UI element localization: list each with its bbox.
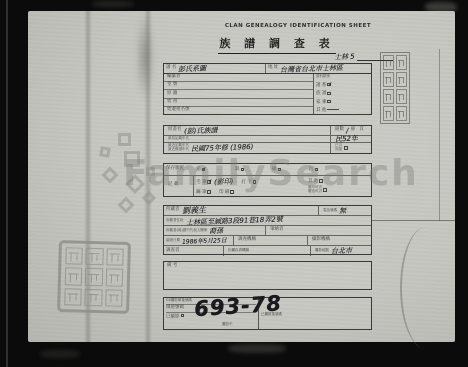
- first-record-label: 最初記載年代: [168, 137, 189, 141]
- form-box-title: 譜 名 彭氏系圖 地 址 台灣省台北市士林區 編纂者 堂 號 原 籍 始 祖 始…: [163, 63, 372, 115]
- script-option: 鋼 筆: [196, 189, 206, 195]
- english-title: CLAN GENEALOGY IDENTIFICATION SHEET: [178, 23, 418, 29]
- filming-place-label: 攝影地點: [315, 249, 329, 253]
- last-record-value: 民國75年修 (1986): [191, 142, 254, 154]
- checkbox: [315, 168, 319, 172]
- migrant-ancestor-label: 始遷祖名號: [167, 108, 190, 113]
- script-label: 記 載: [168, 183, 178, 188]
- checkbox: [323, 188, 327, 192]
- category-option-label: 譜 系: [316, 82, 326, 88]
- form-box-owner: 所藏者 劉義生 電話號碼 無 所藏者住址 士林區至誠路3段91巷18弄2號 所藏…: [163, 205, 372, 255]
- volumes-label: 冊數: [335, 128, 344, 133]
- painter-label: 筆繪者: [270, 228, 284, 233]
- checkbox: [327, 100, 331, 104]
- category-option-label: 家 乘: [316, 99, 326, 105]
- category-header: 資料類別: [316, 75, 369, 79]
- filming-charge-label: 拍攝負責機關: [228, 249, 249, 253]
- script-option: 印 刷: [219, 189, 229, 195]
- checkbox: [181, 314, 185, 318]
- form-box-microfilm: GS攝影微捲號碼 微捲號碼 已攝影 已攝微捲號碼 693-78 攝影中: [163, 297, 372, 330]
- remarks-label: 備 考: [167, 264, 177, 269]
- published-label2: 出版: [335, 148, 342, 152]
- address-label: 地 址: [268, 66, 278, 71]
- compiler-label: 編纂者: [167, 75, 181, 80]
- first-record-value: 民52年: [335, 134, 358, 145]
- other-option: 其 他: [308, 178, 318, 184]
- survey-agency-label: 調查機構: [238, 238, 256, 243]
- check-mark: ✓: [207, 178, 213, 186]
- film-edge-line: [6, 0, 8, 367]
- document-page: CLAN GENEALOGY IDENTIFICATION SHEET 族 譜 …: [28, 11, 455, 342]
- category-option-label: 其 他: [316, 107, 326, 113]
- film-noise: [228, 344, 286, 353]
- filmed-label-text: 已攝影: [166, 314, 180, 319]
- page-smudge: [136, 11, 154, 103]
- surveyor-label: 調查者: [166, 249, 180, 254]
- owner-address-label: 所藏者住址: [166, 219, 184, 223]
- page-fold-line: [439, 49, 440, 221]
- archive-seal-bottom-left: [57, 240, 131, 314]
- check-mark: ✓: [201, 165, 207, 173]
- volumes-unit: 冊 頁: [350, 128, 364, 133]
- owner-value: 劉義生: [181, 205, 205, 217]
- last-revision-label: 最近修譜年代: [168, 148, 189, 152]
- book-title-value: (彭)氏族譜: [183, 125, 217, 136]
- relation-label: 所藏者(與)譜中代表人關係: [166, 229, 207, 233]
- condition-option: 完: [196, 166, 201, 172]
- survey-date-label: 調查日期: [166, 239, 180, 243]
- photocopy-note: (影印): [214, 176, 234, 187]
- condition-option: 污: [309, 166, 314, 172]
- handwritten-annotation: 士林 5: [334, 52, 393, 62]
- survey-date-value: 1986年5月25日: [182, 235, 227, 246]
- checkbox: [207, 190, 211, 194]
- film-noise: [40, 350, 80, 358]
- filming-agency-label: 攝影機構: [312, 238, 330, 243]
- checkbox: [253, 180, 257, 184]
- owner-label: 所藏者: [166, 208, 180, 213]
- annotation-text: 士林 5: [334, 52, 355, 63]
- filming-place-value: 台北市: [331, 246, 352, 257]
- form-box-remarks: 備 考: [163, 261, 372, 290]
- archive-seal-right: [380, 52, 410, 124]
- first-ancestor-label: 始 祖: [167, 100, 177, 105]
- condition-label: 保存狀況: [166, 167, 184, 172]
- phone-value: 無: [339, 205, 346, 215]
- page-curve-mark: [400, 227, 452, 349]
- familysearch-tree-logo: [100, 133, 162, 229]
- checkbox: [327, 92, 331, 96]
- condition-option: 缺: [235, 166, 240, 172]
- page-rule-line: [372, 220, 455, 221]
- script-option: 打 字: [241, 179, 251, 185]
- phone-label: 電話號碼: [323, 209, 337, 213]
- condition-option: 破: [272, 166, 277, 172]
- category-option-label: 族 譜: [316, 90, 326, 96]
- relation-value: 裔孫: [209, 225, 223, 235]
- checkbox: [278, 168, 282, 172]
- form-box-book: 原書名 (彭)氏族譜 冊數 / 冊 頁 最初記載年代 民52年: [163, 125, 372, 154]
- film-noise: [92, 1, 134, 7]
- form-box-condition: 保存狀況 完✓ 缺 破 污 記 載 毛 筆✓(影印) 打 字 鋼 筆 印: [163, 163, 372, 197]
- book-title-label: 原書名: [168, 128, 182, 133]
- hall-name-label: 堂 號: [167, 83, 177, 88]
- filming-status-note: 攝影中: [222, 323, 233, 327]
- genealogy-name-label: 譜 名: [166, 66, 176, 71]
- checkbox: [241, 168, 245, 172]
- genealogy-name-value: 彭氏系圖: [178, 63, 206, 74]
- gift-permission-label: 贈送可否: [308, 190, 322, 194]
- annotation-underline: [357, 60, 393, 61]
- checkbox: [230, 190, 234, 194]
- origin-label: 原 籍: [167, 92, 177, 97]
- microfilm-frame: CLAN GENEALOGY IDENTIFICATION SHEET 族 譜 …: [0, 0, 468, 367]
- checkbox: [344, 146, 348, 150]
- check-mark: ✓: [327, 81, 333, 89]
- chinese-title: 族 譜 調 查 表: [218, 35, 336, 54]
- address-value: 台灣省台北市士林區: [280, 62, 343, 74]
- checkbox: [319, 179, 323, 183]
- blank-line: [327, 109, 339, 110]
- script-option: 毛 筆: [196, 179, 206, 185]
